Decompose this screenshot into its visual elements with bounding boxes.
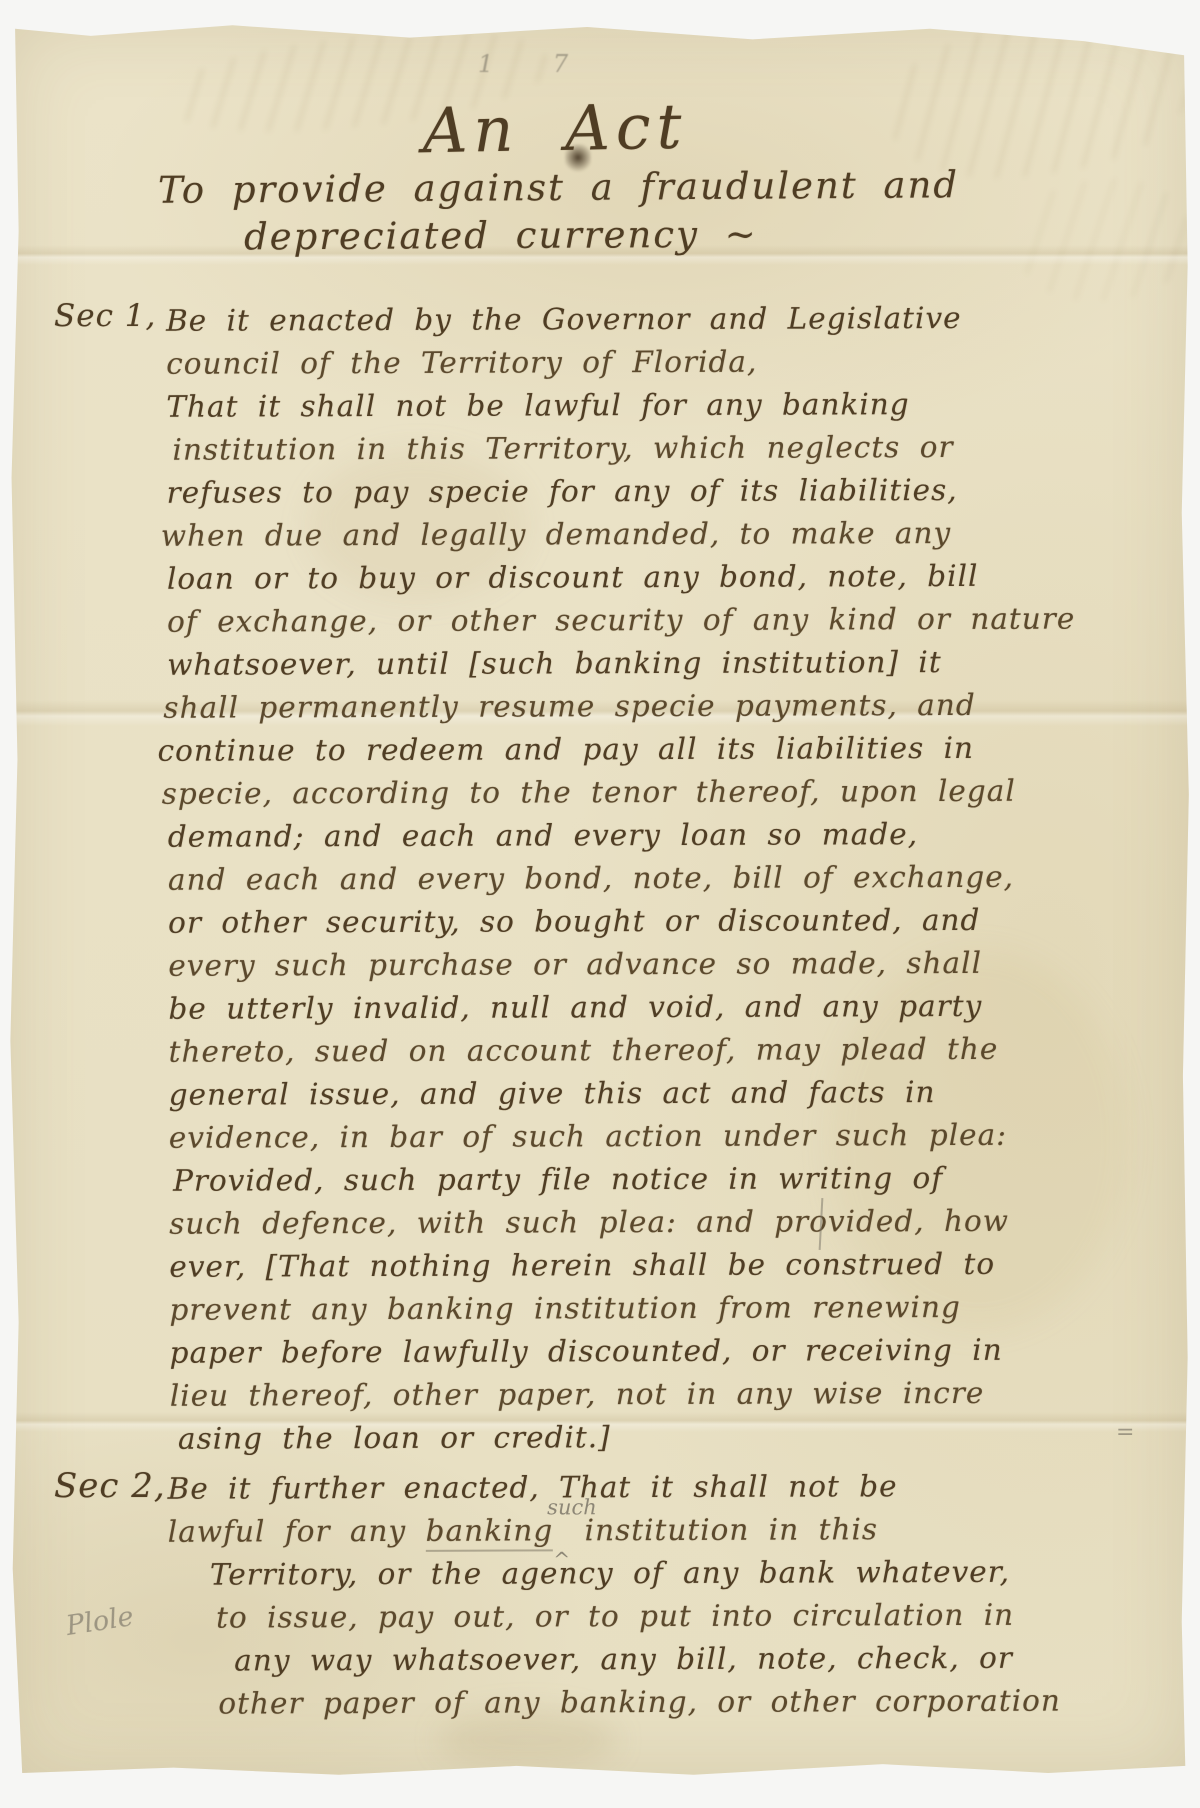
section-body: Be it enacted by the Governor and Legisl… [166,296,1162,1460]
manuscript-line: shall permanently resume specie payments… [163,683,1159,729]
manuscript-line: such defence, with such plea: and provid… [169,1199,1161,1245]
manuscript-line: demand; and each and every loan so made, [168,812,1160,858]
manuscript-line: Be it enacted by the Governor and Legisl… [166,296,1158,342]
pencil-inserted-word: such [547,1486,597,1529]
section-1: Sec 1, Be it enacted by the Governor and… [8,298,1190,1459]
manuscript-line: thereto, sued on account thereof, may pl… [169,1027,1161,1073]
manuscript-line: general issue, and give this act and fac… [169,1070,1161,1116]
manuscript-line: Be it further enacted, That it shall not… [168,1464,1160,1510]
manuscript-line: whatsoever, until [such banking institut… [167,640,1159,686]
manuscript-line: be utterly invalid, null and void, and a… [168,984,1160,1030]
manuscript-line: paper before lawfully discounted, or rec… [170,1328,1162,1374]
manuscript-line: prevent any banking institution from ren… [169,1285,1161,1331]
manuscript-line: specie, according to the tenor thereof, … [162,769,1160,815]
manuscript-line: continue to redeem and pay all its liabi… [157,726,1159,772]
manuscript-line: institution in this Territory, which neg… [172,425,1158,471]
pencil-insertion: such^ [553,1530,565,1540]
manuscript-line: ever, [That nothing herein shall be cons… [169,1242,1161,1288]
pencil-top-marks: 1 7 [478,50,594,78]
section-body: Be it further enacted, That it shall not… [168,1464,1161,1725]
manuscript-line: any way whatsoever, any bill, note, chec… [234,1636,1160,1682]
manuscript-line: of exchange, or other security of any ki… [167,597,1159,643]
manuscript-line: refuses to pay specie for any of its lia… [167,468,1159,514]
manuscript-line: and each and every bond, note, bill of e… [168,855,1160,901]
manuscript-line: lieu thereof, other paper, not in any wi… [170,1371,1162,1417]
manuscript-line: to issue, pay out, or to put into circul… [216,1593,1160,1639]
manuscript-line: every such purchase or advance so made, … [168,941,1160,987]
section-label: Sec 2, [54,1466,166,1506]
manuscript-page: 1 7 An Act To provide against a fraudule… [8,20,1190,1780]
manuscript-line: Territory, or the agency of any bank wha… [210,1550,1160,1596]
caret-mark: ^ [553,1538,571,1581]
scanned-document: 1 7 An Act To provide against a fraudule… [0,0,1200,1808]
document-subtitle-line: To provide against a fraudulent and [158,163,959,212]
manuscript-line: or other security, so bought or discount… [168,898,1160,944]
manuscript-line: Provided, such party file notice in writ… [173,1156,1161,1202]
bleed-through-marks [1013,173,1195,308]
manuscript-line: loan or to buy or discount any bond, not… [167,554,1159,600]
section-label: Sec 1, [54,298,156,334]
pencil-underlined-word: banking [426,1513,554,1551]
document-subtitle-line: depreciated currency ~ [244,213,758,259]
manuscript-line: when due and legally demanded, to make a… [161,511,1159,557]
section-2: Sec 2, Be it further enacted, That it sh… [8,1466,1190,1724]
line-text: institution in this [565,1512,878,1547]
manuscript-line: council of the Territory of Florida, [166,339,1158,385]
manuscript-line: That it shall not be lawful for any bank… [166,382,1158,428]
pencil-margin-mark: = [1116,1420,1134,1445]
manuscript-line: other paper of any banking, or other cor… [218,1679,1160,1725]
manuscript-line: asing the loan or credit.] [178,1414,1162,1460]
document-title: An Act [0,82,1147,176]
line-text: lawful for any [168,1514,426,1549]
manuscript-line: evidence, in bar of such action under su… [169,1113,1161,1159]
manuscript-line: lawful for any bankingsuch^ institution … [168,1507,1160,1553]
